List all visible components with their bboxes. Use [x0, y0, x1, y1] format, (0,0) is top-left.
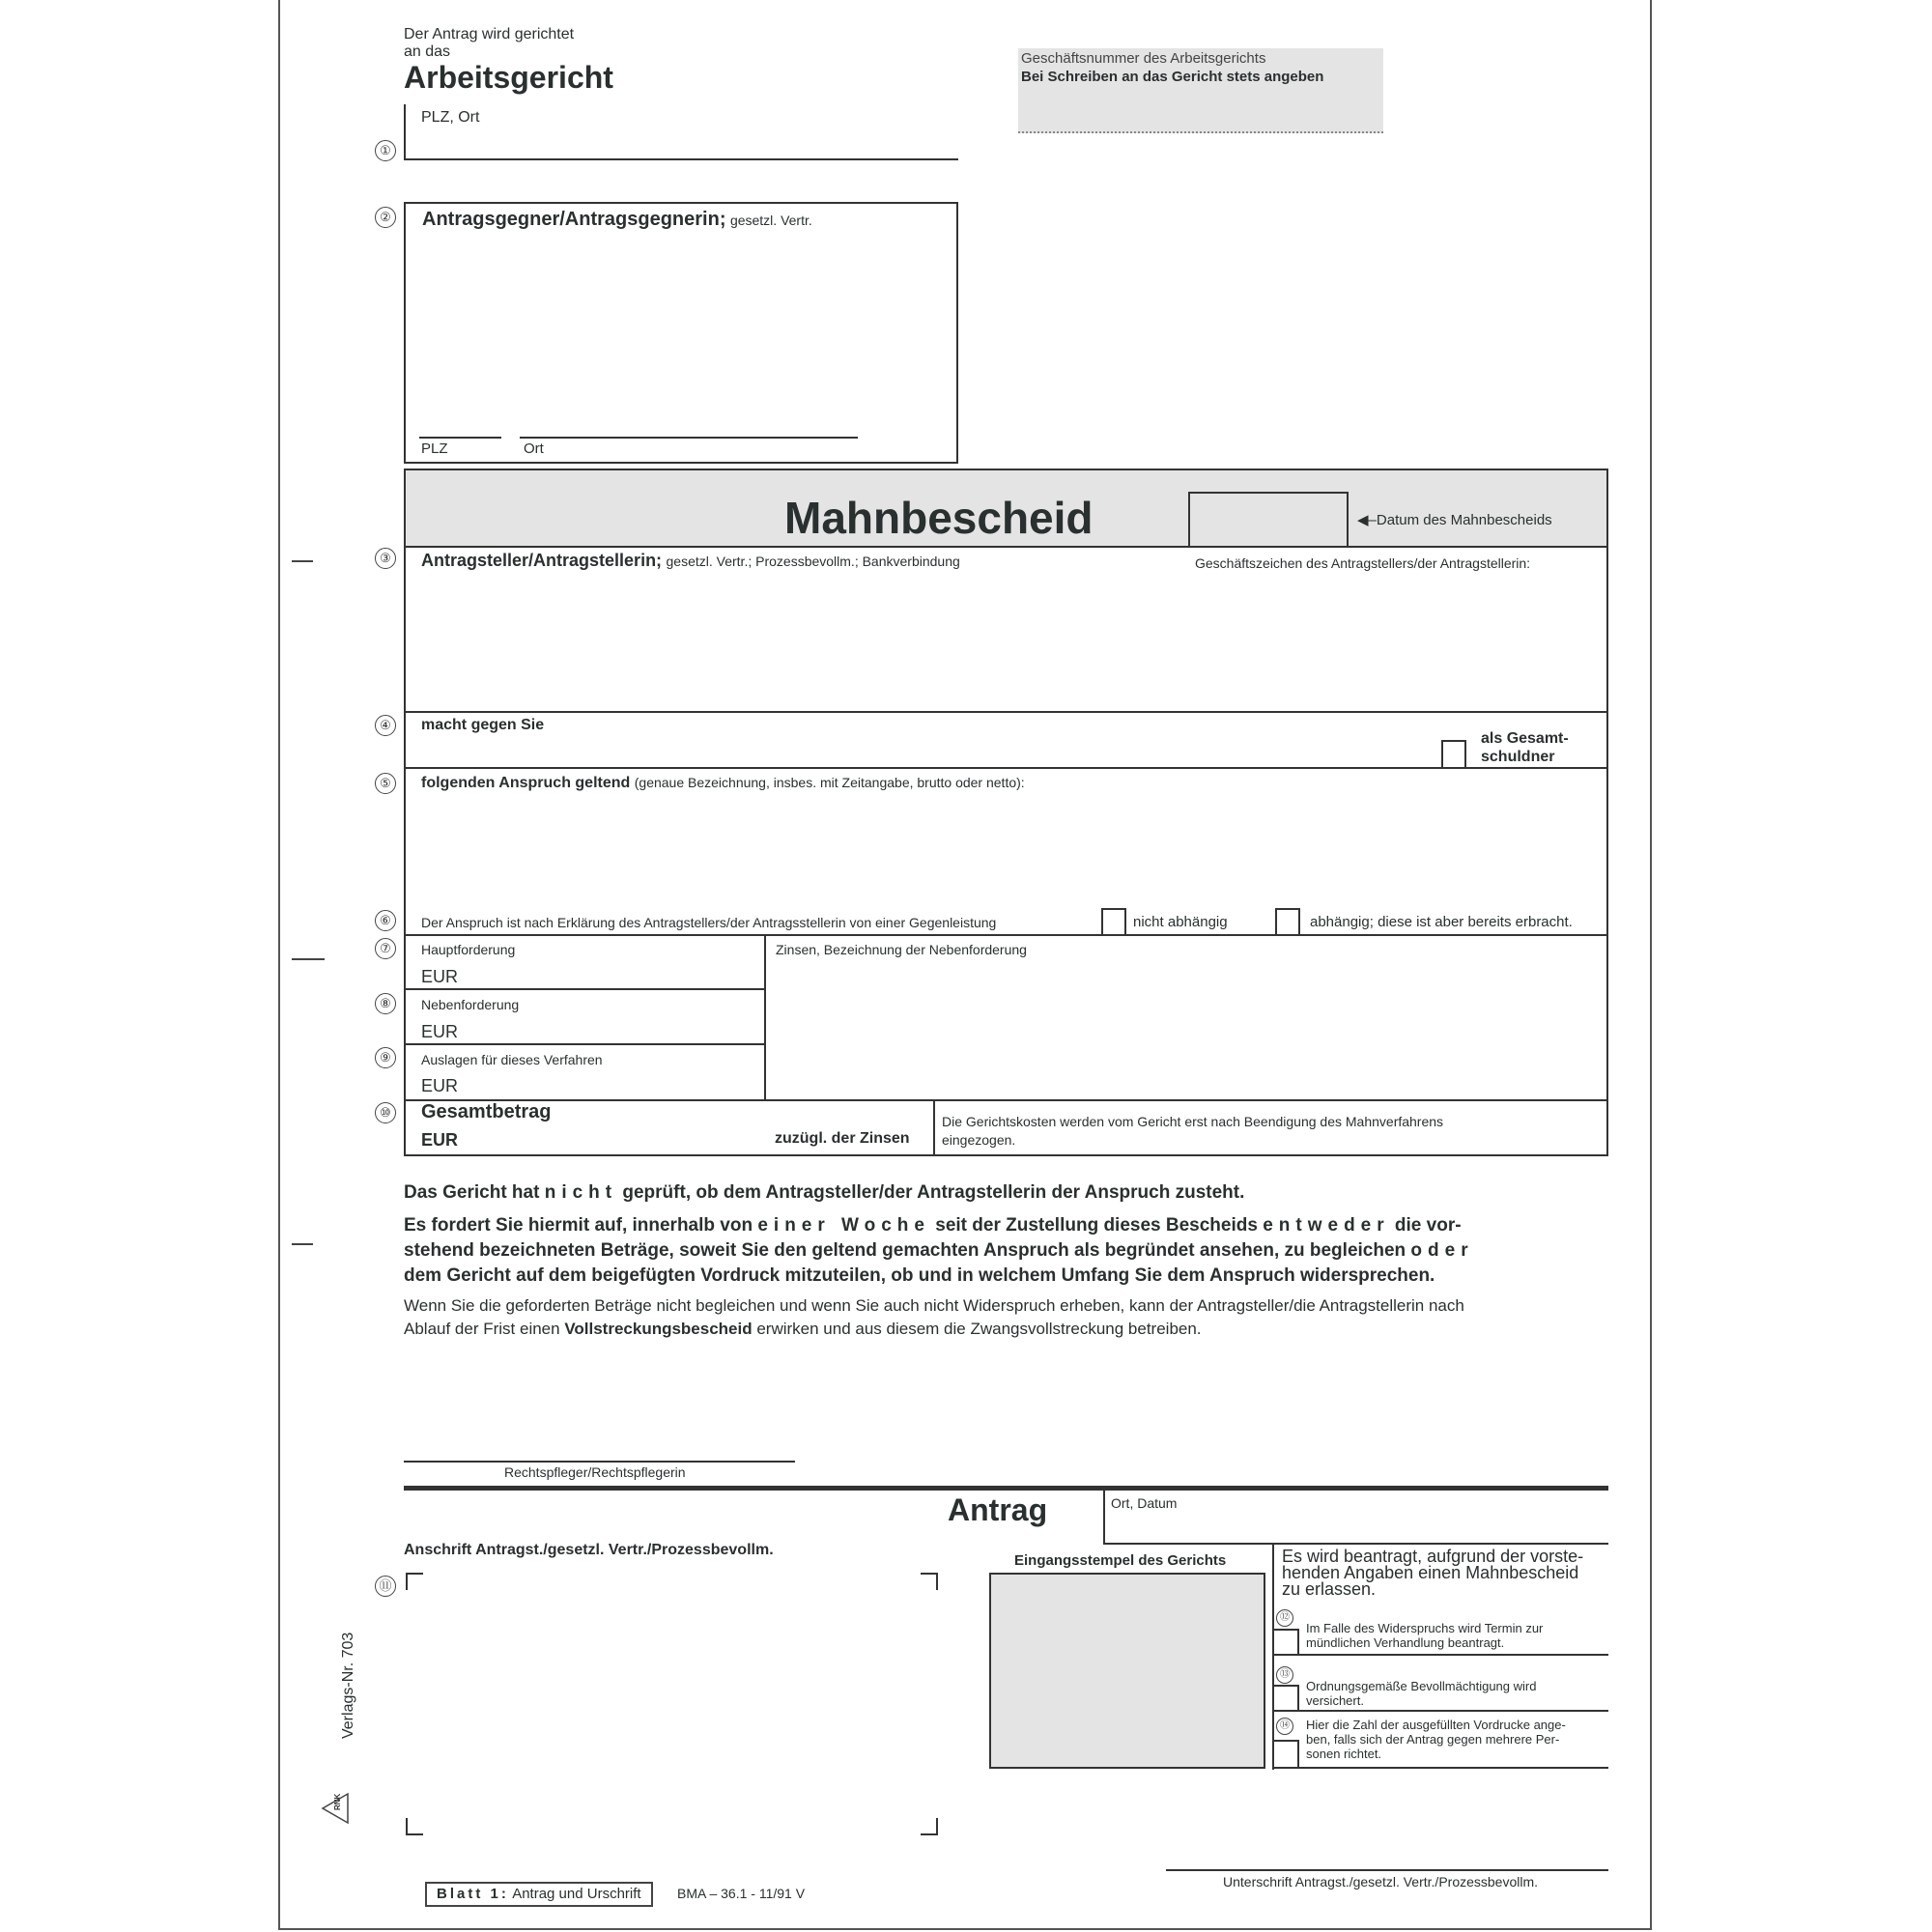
joint-debtor-checkbox[interactable]	[1441, 740, 1466, 767]
notice-enforcement: Wenn Sie die geforderten Beträge nicht b…	[404, 1294, 1464, 1341]
corner-mark	[406, 1818, 423, 1835]
respondent-box[interactable]: Antragsgegner/Antragsgegnerin; gesetzl. …	[404, 202, 958, 464]
total-amount-field[interactable]	[469, 1126, 763, 1151]
claims-against-label: macht gegen Sie	[421, 717, 544, 734]
secondary-claim-amount-field[interactable]	[464, 1016, 758, 1041]
interest-field[interactable]	[768, 961, 1605, 1099]
publisher-number: Verlags-Nr. 703	[340, 1633, 357, 1739]
independent-checkbox[interactable]	[1101, 908, 1126, 935]
claim-description-field[interactable]	[406, 797, 1606, 903]
authorization-checkbox[interactable]	[1274, 1685, 1299, 1711]
main-claim-label: Hauptforderung	[421, 942, 515, 957]
rnk-logo-icon: RNK	[321, 1792, 350, 1825]
corner-mark	[921, 1573, 938, 1590]
oral-hearing-label: Im Falle des Widerspruchs wird Termin zu…	[1306, 1621, 1543, 1650]
dependent-label: abhängig; diese ist aber bereits erbrach…	[1310, 914, 1573, 930]
total-currency: EUR	[421, 1130, 458, 1151]
field-number-13: ⑬	[1276, 1666, 1293, 1684]
field-number-4: ④	[375, 715, 396, 736]
date-field[interactable]	[1188, 492, 1349, 546]
field-number-14: ⑭	[1276, 1718, 1293, 1735]
interest-label: Zinsen, Bezeichnung der Nebenforderung	[776, 942, 1027, 957]
svg-text:RNK: RNK	[333, 1793, 342, 1810]
applicant-signature-field[interactable]	[1166, 1840, 1608, 1869]
sheet-label: Blatt 1: Antrag und Urschrift	[425, 1882, 653, 1907]
mahnbescheid-title: Mahnbescheid	[784, 492, 1094, 544]
secondary-claim-label: Nebenforderung	[421, 997, 519, 1012]
plz-label: PLZ	[421, 440, 448, 457]
notice-not-checked: Das Gericht hat nicht geprüft, ob dem An…	[404, 1182, 1244, 1204]
address-label: Anschrift Antragst./gesetzl. Vertr./Proz…	[404, 1542, 774, 1559]
form-count-label: Hier die Zahl der ausgefüllten Vordrucke…	[1306, 1718, 1566, 1761]
field-number-2: ②	[375, 207, 396, 228]
notice-demand: Es fordert Sie hiermit auf, innerhalb vo…	[404, 1213, 1611, 1289]
field-number-1: ①	[375, 140, 396, 161]
clerk-signature-field[interactable]	[404, 1439, 795, 1461]
secondary-claim-currency: EUR	[421, 1022, 458, 1042]
case-number-field[interactable]: Geschäftsnummer des Arbeitsgerichts Bei …	[1018, 48, 1383, 133]
recipient-intro: Der Antrag wird gerichtet an das	[404, 26, 574, 61]
applicant-signature-label: Unterschrift Antragst./gesetzl. Vertr./P…	[1223, 1874, 1538, 1889]
reference-label: Geschäftszeichen des Antragstellers/der …	[1195, 555, 1530, 571]
applicant-address-field[interactable]	[425, 1589, 918, 1816]
authorization-label: Ordnungsgemäße Bevollmächtigung wird ver…	[1306, 1679, 1536, 1708]
plus-interest-label: zuzügl. der Zinsen	[775, 1130, 910, 1148]
counter-performance-text: Der Anspruch ist nach Erklärung des Antr…	[421, 915, 996, 930]
fold-mark	[292, 1243, 313, 1245]
claim-heading: folgenden Anspruch geltend (genaue Bezei…	[421, 775, 1025, 792]
corner-mark	[921, 1818, 938, 1835]
field-number-10: ⑩	[375, 1102, 396, 1123]
field-number-6: ⑥	[375, 910, 396, 931]
main-claim-amount-field[interactable]	[464, 961, 758, 986]
clerk-signature-label: Rechtspfleger/Rechtspflegerin	[504, 1464, 686, 1480]
place-date-field[interactable]: Ort, Datum	[1103, 1489, 1608, 1545]
field-number-12: ⑫	[1276, 1609, 1293, 1627]
field-number-7: ⑦	[375, 938, 396, 959]
field-number-8: ⑧	[375, 993, 396, 1014]
main-claim-currency: EUR	[421, 967, 458, 987]
field-number-9: ⑨	[375, 1047, 396, 1068]
form-count-field[interactable]	[1274, 1740, 1299, 1768]
field-number-5: ⑤	[375, 773, 396, 794]
applicant-field[interactable]	[406, 580, 1606, 710]
ort-label: Ort	[524, 440, 544, 457]
request-text: Es wird beantragt, aufgrund der vorste- …	[1282, 1548, 1583, 1598]
court-title: Arbeitsgericht	[404, 60, 613, 96]
expenses-label: Auslagen für dieses Verfahren	[421, 1052, 603, 1067]
stamp-label: Eingangsstempel des Gerichts	[1014, 1552, 1226, 1569]
mahnbescheid-header: Mahnbescheid ◀‒Datum des Mahnbescheids	[406, 470, 1606, 548]
fold-mark	[292, 560, 313, 562]
court-costs-note: Die Gerichtskosten werden vom Gericht er…	[942, 1113, 1443, 1150]
expenses-amount-field[interactable]	[464, 1070, 758, 1095]
total-label: Gesamtbetrag	[421, 1101, 552, 1123]
field-number-3: ③	[375, 548, 396, 569]
expenses-currency: EUR	[421, 1076, 458, 1096]
arrow-left-icon: ◀‒	[1357, 512, 1377, 528]
court-stamp-area	[989, 1573, 1265, 1769]
independent-label: nicht abhängig	[1133, 914, 1228, 930]
date-label: ◀‒Datum des Mahnbescheids	[1357, 511, 1552, 528]
corner-mark	[406, 1573, 423, 1590]
oral-hearing-checkbox[interactable]	[1274, 1629, 1299, 1655]
applicant-heading: Antragsteller/Antragstellerin; gesetzl. …	[421, 551, 960, 571]
joint-debtor-label: als Gesamt- schuldner	[1481, 729, 1569, 766]
fold-mark	[292, 958, 325, 960]
form-code: BMA – 36.1 - 11/91 V	[677, 1886, 805, 1901]
dependent-checkbox[interactable]	[1275, 908, 1300, 935]
field-number-11: ⑪	[375, 1576, 396, 1597]
antrag-title: Antrag	[948, 1492, 1047, 1528]
court-address-field[interactable]	[405, 108, 955, 156]
